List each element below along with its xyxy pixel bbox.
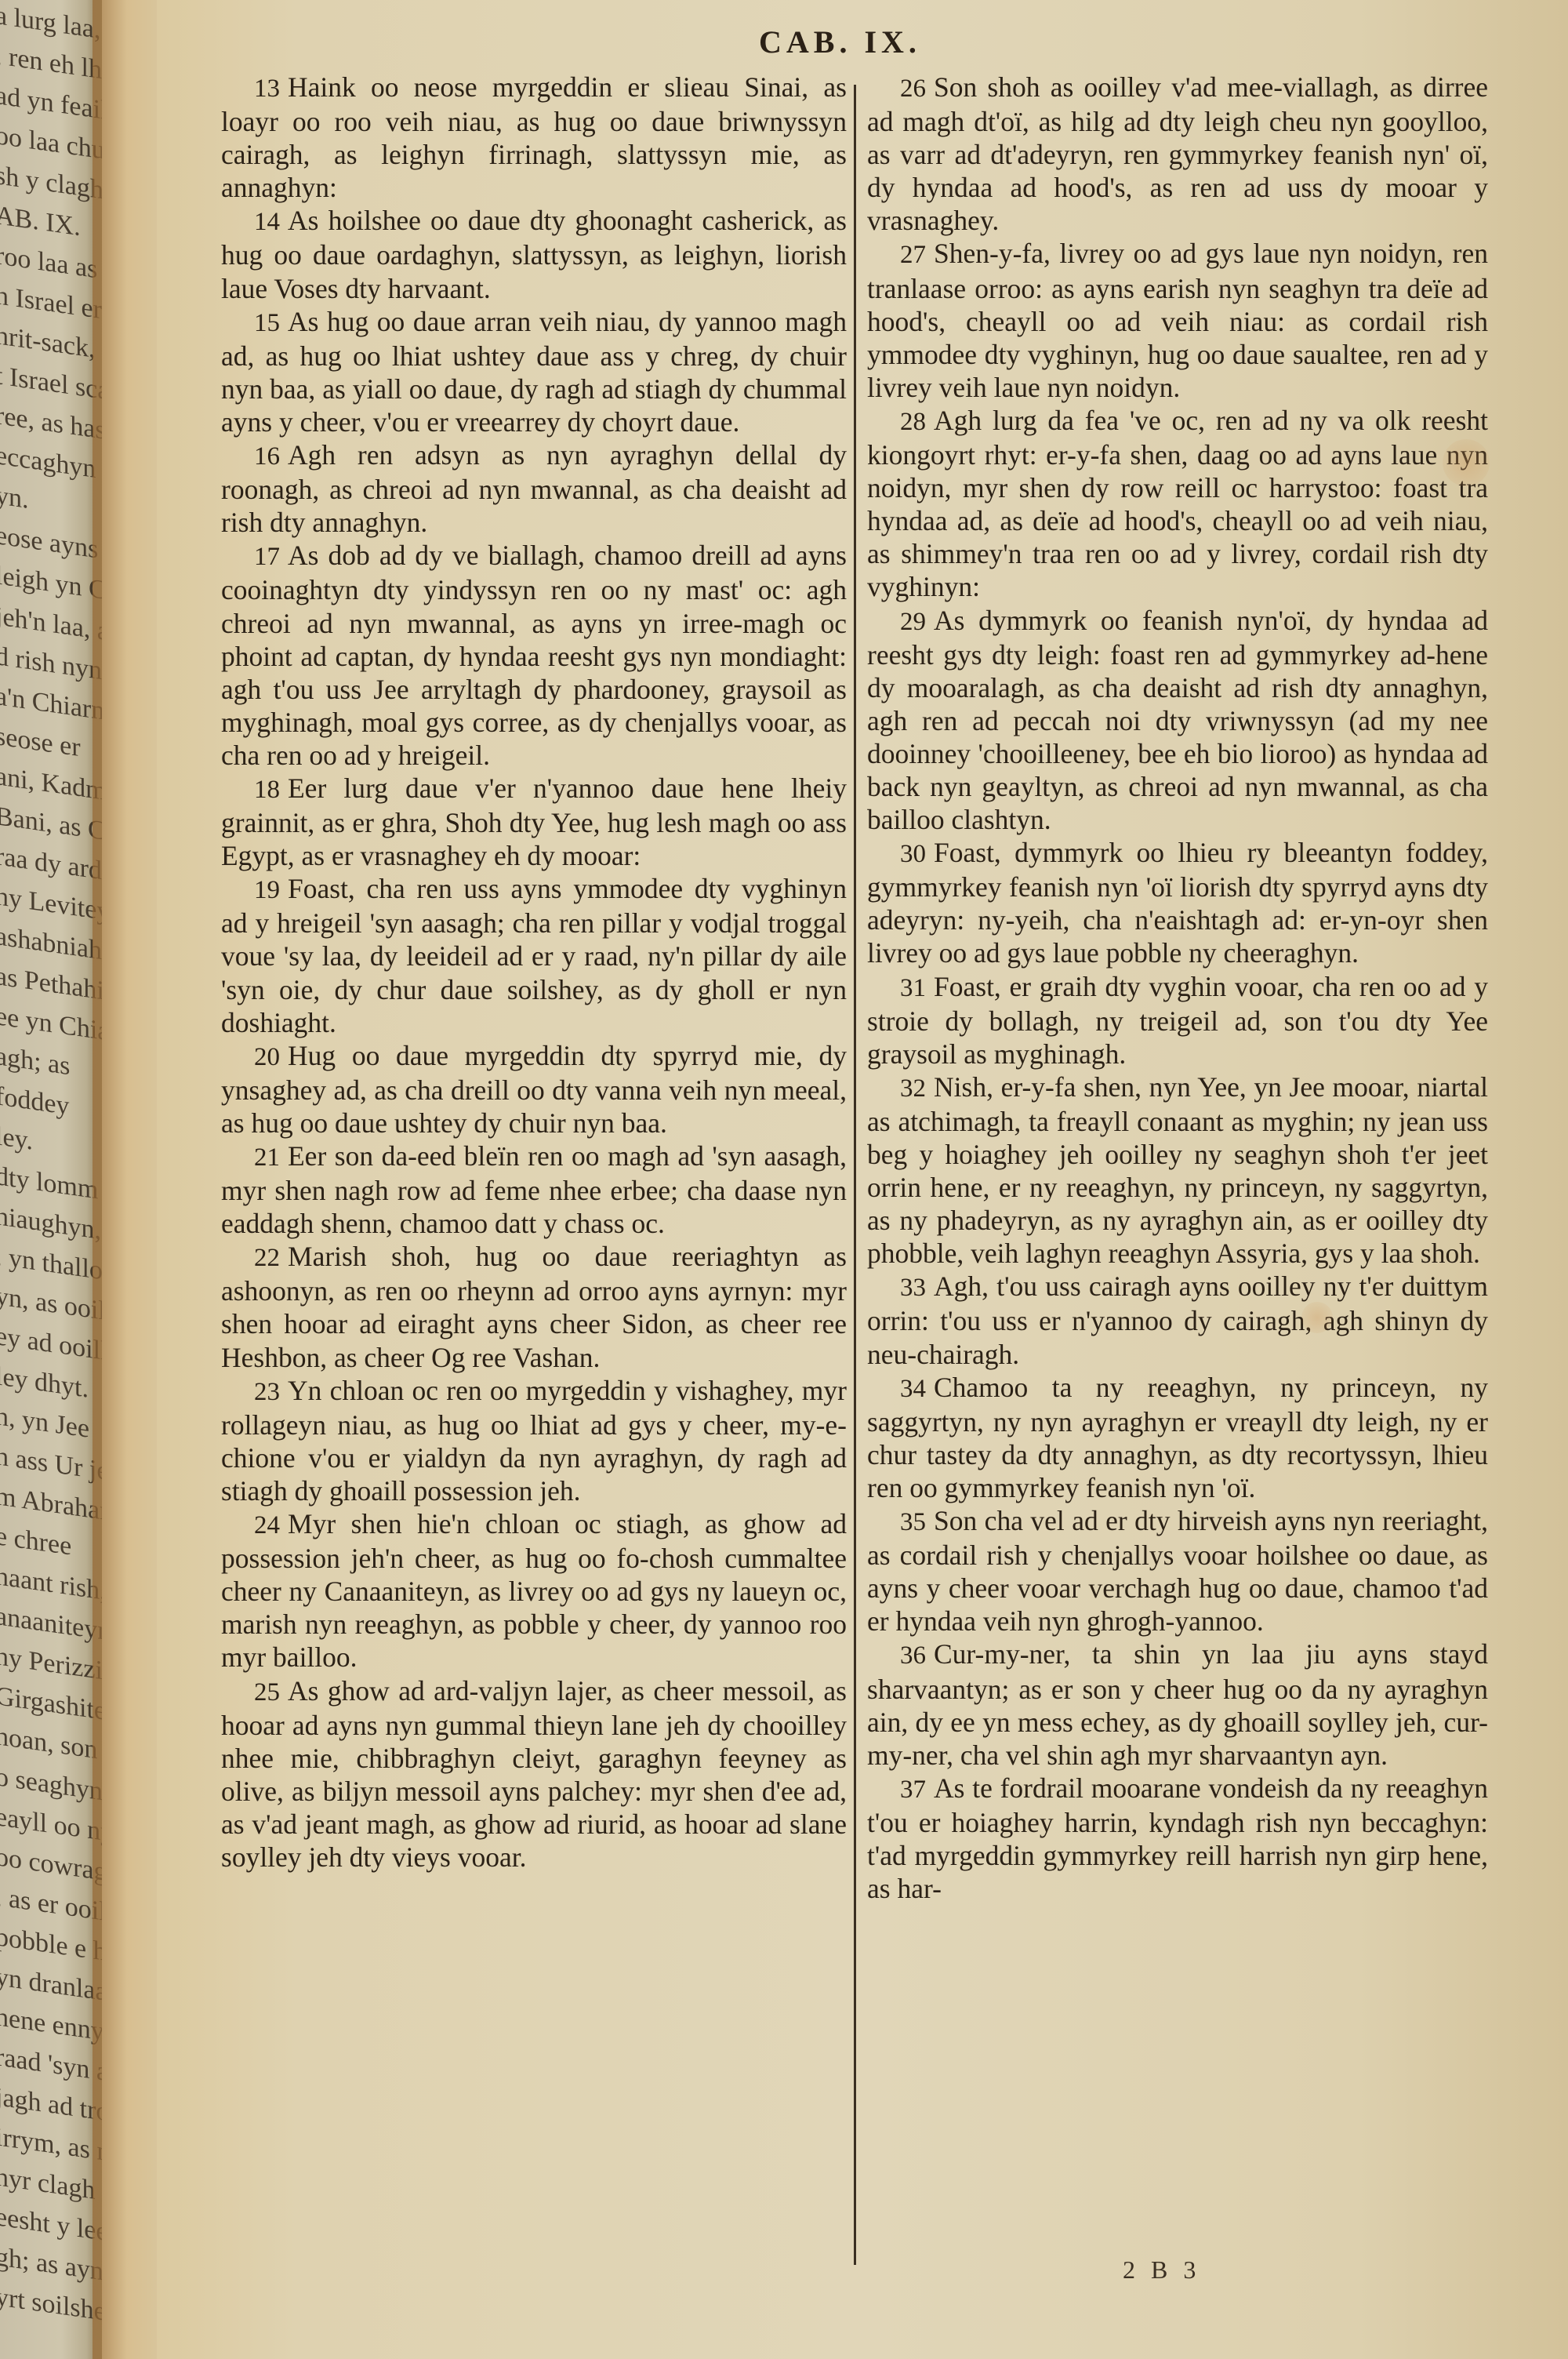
facing-page-line: agh; as xyxy=(0,1041,70,1082)
facing-page-line: e chree xyxy=(0,1521,71,1563)
verse-number: 27 xyxy=(900,241,926,269)
verse-text: Eer son da-eed bleïn ren oo magh ad 'syn… xyxy=(221,1140,847,1239)
verse-number: 13 xyxy=(254,75,280,103)
verse-number: 33 xyxy=(900,1274,926,1302)
verse: 27Shen-y-fa, livrey oo ad gys laue nyn n… xyxy=(867,237,1488,403)
verse-text: Marish shoh, hug oo daue reeriaghtyn as … xyxy=(221,1241,847,1372)
verse: 25As ghow ad ard-valjyn lajer, as cheer … xyxy=(221,1674,847,1874)
verse-number: 23 xyxy=(254,1378,280,1406)
facing-page-line: ley. xyxy=(0,1121,33,1158)
verse: 14As hoilshee oo daue dty ghoonaght cash… xyxy=(221,204,847,304)
verse: 35Son cha vel ad er dty hirveish ayns ny… xyxy=(867,1504,1488,1637)
column-divider xyxy=(854,85,856,2265)
verse: 17As dob ad dy ve biallagh, chamoo dreil… xyxy=(221,539,847,772)
verse-text: Foast, cha ren uss ayns ymmodee dty vygh… xyxy=(221,873,847,1038)
verse: 28Agh lurg da fea 've oc, ren ad ny va o… xyxy=(867,404,1488,604)
text-column-left: 13Haink oo neose myrgeddin er slieau Sin… xyxy=(221,71,847,1874)
facing-page-line: ley dhyt. xyxy=(0,1361,89,1405)
verse-number: 29 xyxy=(900,608,926,636)
verse-text: Hug oo daue myrgeddin dty spyrryd mie, d… xyxy=(221,1040,847,1139)
verse: 30Foast, dymmyrk oo lhieu ry bleeantyn f… xyxy=(867,836,1488,969)
verse-number: 19 xyxy=(254,876,280,904)
verse: 16Agh ren adsyn as nyn ayraghyn dellal d… xyxy=(221,438,847,539)
paper-stain xyxy=(1443,439,1490,486)
verse-text: Haink oo neose myrgeddin er slieau Sinai… xyxy=(221,71,847,203)
verse-text: Chamoo ta ny reeaghyn, ny princeyn, ny s… xyxy=(867,1372,1488,1503)
verse: 22Marish shoh, hug oo daue reeriaghtyn a… xyxy=(221,1240,847,1373)
verse-text: Son shoh as ooilley v'ad mee-viallagh, a… xyxy=(867,71,1488,236)
facing-page-fragment: a lurg laa, veih, ren eh lhaihad yn feai… xyxy=(0,0,102,2359)
verse-number: 15 xyxy=(254,309,280,337)
facing-page-line: h ass Ur jeh xyxy=(0,1441,102,1490)
verse: 21Eer son da-eed bleïn ren oo magh ad 's… xyxy=(221,1140,847,1240)
facing-page-line: seose er xyxy=(0,721,81,764)
facing-page-line: foddey xyxy=(0,1081,69,1122)
signature-mark: 2 B 3 xyxy=(1123,2255,1200,2284)
verse-number: 31 xyxy=(900,974,926,1002)
facing-page-line: n, yn Jee xyxy=(0,1401,89,1445)
verse-text: Son cha vel ad er dty hirveish ayns nyn … xyxy=(867,1505,1488,1637)
verse-number: 24 xyxy=(254,1511,280,1539)
text-column-right: 26Son shoh as ooilley v'ad mee-viallagh,… xyxy=(867,71,1488,1905)
verse-number: 21 xyxy=(254,1143,280,1172)
verse-text: Cur-my-ner, ta shin yn laa jiu ayns stay… xyxy=(867,1638,1488,1770)
verse-number: 36 xyxy=(900,1641,926,1670)
verse: 24Myr shen hie'n chloan oc stiagh, as gh… xyxy=(221,1507,847,1674)
verse-number: 35 xyxy=(900,1508,926,1536)
verse-number: 17 xyxy=(254,543,280,571)
verse: 26Son shoh as ooilley v'ad mee-viallagh,… xyxy=(867,71,1488,237)
verse: 34Chamoo ta ny reeaghyn, ny princeyn, ny… xyxy=(867,1371,1488,1504)
verse-number: 34 xyxy=(900,1375,926,1403)
facing-page-line: yrt soilshey daue xyxy=(0,2281,102,2338)
verse-text: As ghow ad ard-valjyn lajer, as cheer me… xyxy=(221,1675,847,1873)
facing-page-line: niaughyn, xyxy=(0,1201,101,1247)
verse: 19Foast, cha ren uss ayns ymmodee dty vy… xyxy=(221,872,847,1038)
verse-text: As hoilshee oo daue dty ghoonaght casher… xyxy=(221,205,847,304)
verse-text: Agh ren adsyn as nyn ayraghyn dellal dy … xyxy=(221,439,847,538)
verse-text: Agh, t'ou uss cairagh ayns ooilley ny t'… xyxy=(867,1270,1488,1369)
verse: 15As hug oo daue arran veih niau, dy yan… xyxy=(221,305,847,438)
verse: 31Foast, er graih dty vyghin vooar, cha … xyxy=(867,970,1488,1070)
verse-number: 28 xyxy=(900,408,926,436)
verse: 36Cur-my-ner, ta shin yn laa jiu ayns st… xyxy=(867,1637,1488,1771)
verse-text: Yn chloan oc ren oo myrgeddin y vishaghe… xyxy=(221,1375,847,1507)
running-head: CAB. IX. xyxy=(759,24,921,60)
verse-text: As dob ad dy ve biallagh, chamoo dreill … xyxy=(221,540,847,771)
paper-stain xyxy=(1301,1302,1333,1333)
verse-text: Agh lurg da fea 've oc, ren ad ny va olk… xyxy=(867,405,1488,602)
facing-page-line: yn. xyxy=(0,480,29,516)
verse: 33Agh, t'ou uss cairagh ayns ooilley ny … xyxy=(867,1270,1488,1370)
verse: 18Eer lurg daue v'er n'yannoo daue hene … xyxy=(221,772,847,872)
verse-number: 18 xyxy=(254,776,280,804)
verse-text: Shen-y-fa, livrey oo ad gys laue nyn noi… xyxy=(867,238,1488,402)
facing-page-line: dty lomm xyxy=(0,1161,98,1206)
verse-text: As hug oo daue arran veih niau, dy yanno… xyxy=(221,306,847,438)
verse-number: 30 xyxy=(900,840,926,868)
facing-page-line: d rish nyn xyxy=(0,641,102,687)
facing-page-line: AB. IX. xyxy=(0,200,81,243)
verse-number: 16 xyxy=(254,442,280,471)
verse-number: 22 xyxy=(254,1244,280,1272)
verse-number: 37 xyxy=(900,1776,926,1804)
verse-text: As dymmyrk oo feanish nyn'oï, dy hyndaa … xyxy=(867,605,1488,836)
verse: 13Haink oo neose myrgeddin er slieau Sin… xyxy=(221,71,847,204)
verse-text: Foast, er graih dty vyghin vooar, cha re… xyxy=(867,971,1488,1070)
verse-number: 32 xyxy=(900,1074,926,1103)
verse: 29As dymmyrk oo feanish nyn'oï, dy hynda… xyxy=(867,604,1488,837)
verse-number: 26 xyxy=(900,75,926,103)
verse: 23Yn chloan oc ren oo myrgeddin y vishag… xyxy=(221,1374,847,1507)
verse-text: Myr shen hie'n chloan oc stiagh, as ghow… xyxy=(221,1508,847,1673)
verse: 32Nish, er-y-fa shen, nyn Yee, yn Jee mo… xyxy=(867,1070,1488,1270)
book-page: CAB. IX. 13Haink oo neose myrgeddin er s… xyxy=(157,0,1568,2359)
verse-text: Foast, dymmyrk oo lhieu ry bleeantyn fod… xyxy=(867,837,1488,969)
verse-number: 25 xyxy=(254,1678,280,1707)
verse-text: Nish, er-y-fa shen, nyn Yee, yn Jee mooa… xyxy=(867,1071,1488,1269)
verse-text: Eer lurg daue v'er n'yannoo daue hene lh… xyxy=(221,772,847,871)
verse-number: 14 xyxy=(254,208,280,236)
facing-page-line: , yn thalloo xyxy=(0,1241,102,1289)
verse-number: 20 xyxy=(254,1043,280,1071)
verse: 37As te fordrail mooarane vondeish da ny… xyxy=(867,1772,1488,1905)
verse: 20Hug oo daue myrgeddin dty spyrryd mie,… xyxy=(221,1039,847,1140)
verse-text: As te fordrail mooarane vondeish da ny r… xyxy=(867,1772,1488,1904)
